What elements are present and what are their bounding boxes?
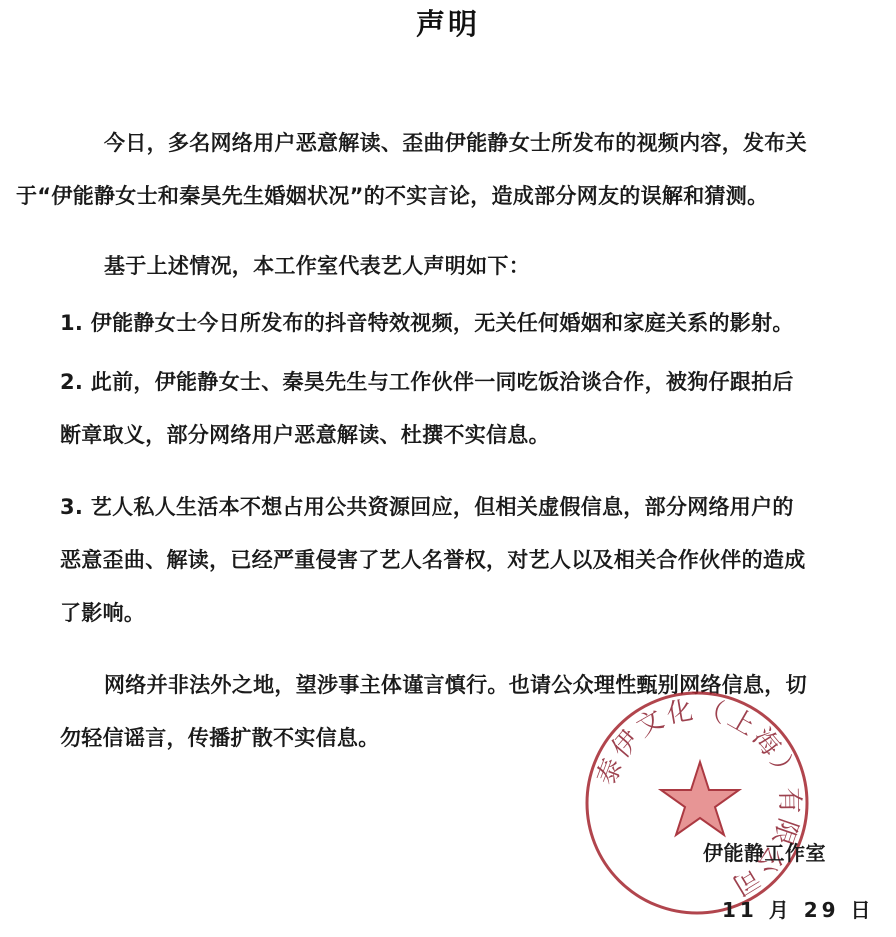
- paragraph-line: 于“伊能静女士和秦昊先生婚姻状况”的不实言论，造成部分网友的误解和猜测。: [16, 170, 860, 223]
- paragraph-preface: 基于上述情况，本工作室代表艺人声明如下：: [60, 240, 860, 293]
- paragraph-line: 断章取义，部分网络用户恶意解读、杜撰不实信息。: [60, 409, 860, 462]
- paragraph-line: 1. 伊能静女士今日所发布的抖音特效视频，无关任何婚姻和家庭关系的影射。: [60, 297, 860, 350]
- paragraph-point-3: 3. 艺人私人生活本不想占用公共资源回应，但相关虚假信息，部分网络用户的 恶意歪…: [60, 481, 860, 640]
- seal-icon: 泰伊文化（上海）有限公司: [583, 689, 811, 917]
- paragraph-line: 3. 艺人私人生活本不想占用公共资源回应，但相关虚假信息，部分网络用户的: [60, 481, 860, 534]
- paragraph-line: 了影响。: [60, 587, 860, 640]
- paragraph-line: 基于上述情况，本工作室代表艺人声明如下：: [60, 240, 860, 293]
- signature-studio-name: 伊能静工作室: [703, 837, 826, 866]
- paragraph-line: 2. 此前，伊能静女士、秦昊先生与工作伙伴一同吃饭洽谈合作，被狗仔跟拍后: [60, 356, 860, 409]
- signature-date: 11 月 29 日: [722, 894, 875, 923]
- paragraph-line: 恶意歪曲、解读，已经严重侵害了艺人名誉权，对艺人以及相关合作伙伴的造成: [60, 534, 860, 587]
- star-icon: [661, 762, 739, 835]
- paragraph-line: 今日，多名网络用户恶意解读、歪曲伊能静女士所发布的视频内容，发布关: [60, 117, 860, 170]
- document-title: 声明: [0, 2, 896, 43]
- paragraph-point-1: 1. 伊能静女士今日所发布的抖音特效视频，无关任何婚姻和家庭关系的影射。: [60, 297, 860, 350]
- paragraph-point-2: 2. 此前，伊能静女士、秦昊先生与工作伙伴一同吃饭洽谈合作，被狗仔跟拍后 断章取…: [60, 356, 860, 462]
- company-seal-stamp: 泰伊文化（上海）有限公司: [583, 689, 811, 917]
- paragraph-intro: 今日，多名网络用户恶意解读、歪曲伊能静女士所发布的视频内容，发布关 于“伊能静女…: [60, 117, 860, 223]
